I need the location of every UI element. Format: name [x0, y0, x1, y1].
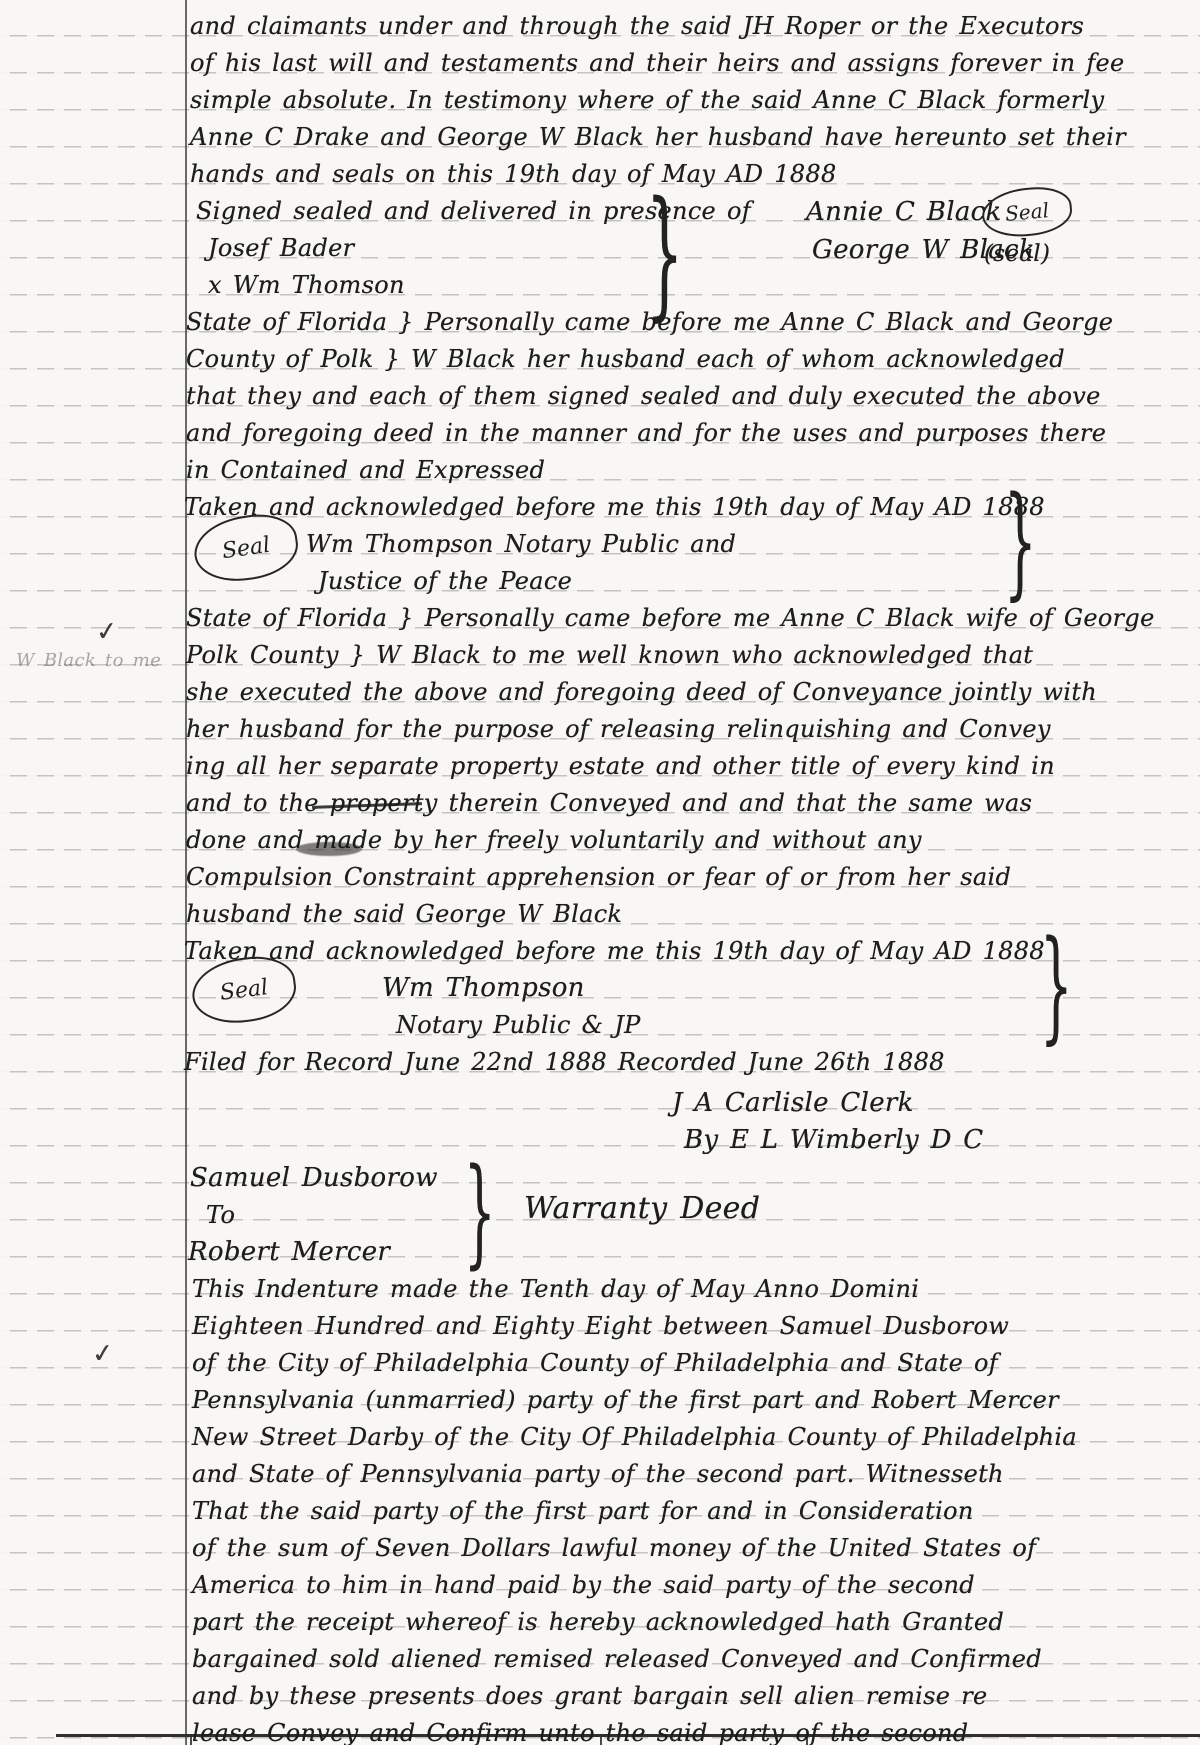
- acknowledgment1-lines: State of Florida } Personally came befor…: [186, 304, 1113, 489]
- deed-mercer-body: This Indenture made the Tenth day of May…: [192, 1271, 1077, 1745]
- document-line: State of Florida } Personally came befor…: [186, 304, 1113, 341]
- caption-versus: To: [206, 1197, 235, 1234]
- signature-annie: Annie C Black: [806, 194, 1002, 231]
- officer-line-2b: Notary Public & JP: [396, 1007, 641, 1044]
- officer-line-1b: Justice of the Peace: [318, 563, 572, 600]
- caption-grantor: Samuel Dusborow: [190, 1160, 438, 1197]
- document-line: her husband for the purpose of releasing…: [186, 711, 1155, 748]
- taken-line-2: Taken and acknowledged before me this 19…: [184, 933, 1045, 970]
- acknowledgment2-lines: State of Florida } Personally came befor…: [186, 600, 1155, 933]
- deed-book-page: and claimants under and through the said…: [0, 0, 1200, 1745]
- document-line: Anne C Drake and George W Black her husb…: [190, 119, 1126, 156]
- witness-brace-icon: }: [646, 184, 683, 324]
- document-line: of his last will and testaments and thei…: [190, 45, 1126, 82]
- document-line: County of Polk } W Black her husband eac…: [186, 341, 1113, 378]
- document-line: of the City of Philadelphia County of Ph…: [192, 1345, 1077, 1382]
- document-line: husband the said George W Black: [186, 896, 1155, 933]
- document-line: in Contained and Expressed: [186, 452, 1113, 489]
- document-line: New Street Darby of the City Of Philadel…: [192, 1419, 1077, 1456]
- document-line: of the sum of Seven Dollars lawful money…: [192, 1530, 1077, 1567]
- notary-seal-label-2: Seal: [219, 975, 270, 1006]
- notary-brace-icon-1: }: [1004, 480, 1037, 602]
- document-line: she executed the above and foregoing dee…: [186, 674, 1155, 711]
- deputy-clerk-signature: By E L Wimberly D C: [684, 1122, 984, 1159]
- filing-line: Filed for Record June 22nd 1888 Recorded…: [184, 1044, 945, 1081]
- witness-name: x Wm Thomson: [208, 267, 405, 304]
- notary-brace-icon-2: }: [1040, 924, 1073, 1046]
- caption-grantee: Robert Mercer: [188, 1234, 390, 1271]
- document-line: simple absolute. In testimony where of t…: [190, 82, 1126, 119]
- witness-name: Josef Bader: [208, 230, 405, 267]
- document-line: and by these presents does grant bargain…: [192, 1678, 1077, 1715]
- notary-seal-label-1: Seal: [220, 532, 271, 563]
- document-line: part the receipt whereof is hereby ackno…: [192, 1604, 1077, 1641]
- document-line: That the said party of the first part fo…: [192, 1493, 1077, 1530]
- document-line: Eighteen Hundred and Eighty Eight betwee…: [192, 1308, 1077, 1345]
- faint-margin-note: W Black to me: [16, 642, 161, 679]
- document-line: and to the property therein Conveyed and…: [186, 785, 1155, 822]
- officer-line-1a: Wm Thompson Notary Public and: [306, 526, 736, 563]
- document-line: that they and each of them signed sealed…: [186, 378, 1113, 415]
- instrument-title: Warranty Deed: [524, 1190, 760, 1227]
- margin-check-mark-1: ✓: [94, 613, 120, 652]
- document-line: America to him in hand paid by the said …: [192, 1567, 1077, 1604]
- document-line: lease Convey and Confirm unto the said p…: [192, 1715, 1077, 1745]
- document-line: and foregoing deed in the manner and for…: [186, 415, 1113, 452]
- document-line: and State of Pennsylvania party of the s…: [192, 1456, 1077, 1493]
- margin-check-mark-2: ✓: [90, 1335, 116, 1374]
- document-line: and claimants under and through the said…: [190, 8, 1126, 45]
- deed-black-body: and claimants under and through the said…: [190, 8, 1126, 193]
- document-line: Compulsion Constraint apprehension or fe…: [186, 859, 1155, 896]
- document-line: Pennsylvania (unmarried) party of the fi…: [192, 1382, 1077, 1419]
- document-line: State of Florida } Personally came befor…: [186, 600, 1155, 637]
- document-line: ing all her separate property estate and…: [186, 748, 1155, 785]
- taken-line-1: Taken and acknowledged before me this 19…: [184, 489, 1045, 526]
- annie-seal-label: Seal: [1004, 198, 1050, 226]
- george-seal-text: (seal): [984, 236, 1050, 273]
- ink-blot: [296, 842, 362, 856]
- officer-line-2a: Wm Thompson: [382, 970, 585, 1007]
- document-line: Polk County } W Black to me well known w…: [186, 637, 1155, 674]
- caption-brace-icon: }: [464, 1152, 496, 1270]
- document-line: bargained sold aliened remised released …: [192, 1641, 1077, 1678]
- witness-list: Josef Baderx Wm Thomson: [208, 230, 405, 304]
- document-line: This Indenture made the Tenth day of May…: [192, 1271, 1077, 1308]
- clerk-signature: J A Carlisle Clerk: [672, 1085, 914, 1122]
